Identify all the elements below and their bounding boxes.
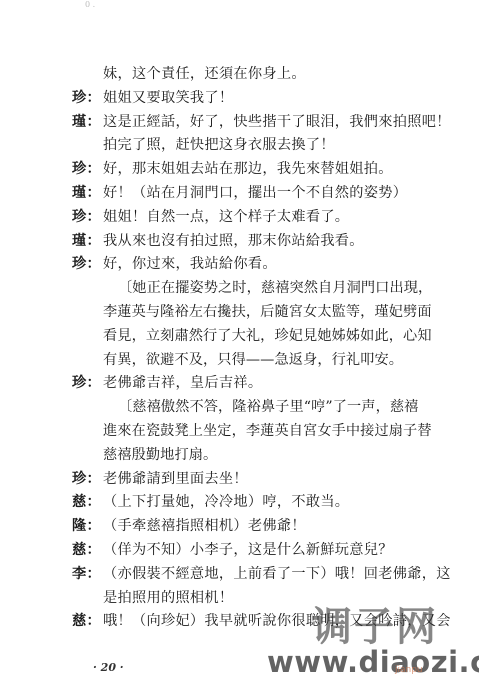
stage-direction-line: 看見，立刻肅然行了大礼，珍妃見她姊姊如此，心知	[72, 325, 462, 349]
speaker-label: 珍：	[72, 206, 103, 230]
line-text: 我从來也沒有拍过照，那末你站給我看。	[103, 230, 462, 254]
line-text: 好，你过來，我站給你看。	[103, 253, 462, 277]
line-text: 拍完了照，赶快把这身衣服去換了！	[72, 134, 462, 158]
speaker-label: 隆：	[72, 515, 103, 539]
speaker-label: 珍：	[72, 158, 103, 182]
dialogue-line: 珍：好，那末姐姐去站在那边，我先來替姐姐拍。	[72, 158, 462, 182]
line-text: （手牽慈禧指照相机）老佛爺！	[103, 515, 462, 539]
stage-direction-line: 慈禧殷勤地打扇。	[72, 444, 462, 468]
speaker-label: 瑾：	[72, 182, 103, 206]
dialogue-line: 瑾：我从來也沒有拍过照，那末你站給我看。	[72, 230, 462, 254]
play-script-text: 妹，这个責任，还須在你身上。珍：姐姐又要取笑我了！瑾：这是正經話，好了，快些揩干…	[72, 63, 462, 634]
line-text: 老佛爺請到里面去坐！	[103, 468, 462, 492]
dialogue-line: 瑾：好！（站在月洞門口，擺出一个不自然的姿势）	[72, 182, 462, 206]
line-text: 〔她正在擺姿势之时，慈禧突然自月洞門口出現，	[72, 277, 462, 301]
stage-direction-line: 〔她正在擺姿势之时，慈禧突然自月洞門口出現，	[72, 277, 462, 301]
line-text: 〔慈禧傲然不答，隆裕鼻子里“哼”了一声，慈禧	[72, 396, 462, 420]
line-text: 進來在瓷鼓凳上坐定，李蓮英自宮女手中接过扇子替	[72, 420, 462, 444]
speaker-label: 珍：	[72, 468, 103, 492]
line-text: 姐姐又要取笑我了！	[103, 87, 462, 111]
stage-direction-line: 〔慈禧傲然不答，隆裕鼻子里“哼”了一声，慈禧	[72, 396, 462, 420]
line-text: （上下打量她，冷冷地）哼，不敢当。	[103, 491, 462, 515]
dialogue-line: 慈：（佯为不知）小李子，这是什么新鮮玩意兒？	[72, 539, 462, 563]
line-text: 好！（站在月洞門口，擺出一个不自然的姿势）	[103, 182, 462, 206]
dialogue-line: 珍：好，你过來，我站給你看。	[72, 253, 462, 277]
line-text: 慈禧殷勤地打扇。	[72, 444, 462, 468]
speaker-label: 慈：	[72, 491, 103, 515]
speaker-label: 瑾：	[72, 111, 103, 135]
dialogue-line: 珍：老佛爺請到里面去坐！	[72, 468, 462, 492]
watermark-sub: jianpu	[395, 665, 423, 675]
line-text: 老佛爺吉祥，皇后吉祥。	[103, 372, 462, 396]
dialogue-line: 慈：（上下打量她，冷冷地）哼，不敢当。	[72, 491, 462, 515]
dialogue-line: 珍：老佛爺吉祥，皇后吉祥。	[72, 372, 462, 396]
page-number: · 20 ·	[93, 661, 124, 674]
speaker-label: 珍：	[72, 372, 103, 396]
speaker-label: 慈：	[72, 610, 103, 634]
speaker-label: 珍：	[72, 253, 103, 277]
line-text: 好，那末姐姐去站在那边，我先來替姐姐拍。	[103, 158, 462, 182]
speaker-label: 李：	[72, 563, 103, 587]
book-page: 0 . 妹，这个責任，还須在你身上。珍：姐姐又要取笑我了！瑾：这是正經話，好了，…	[0, 0, 479, 690]
stage-direction-line: 李蓮英与隆裕左右攙扶，后隨宮女太監等，瑾妃劈面	[72, 301, 462, 325]
speaker-label: 瑾：	[72, 230, 103, 254]
dialogue-line: 李：（亦假裝不經意地，上前看了一下）哦！回老佛爺，这	[72, 563, 462, 587]
dialogue-line: 隆：（手牽慈禧指照相机）老佛爺！	[72, 515, 462, 539]
line-text: （亦假裝不經意地，上前看了一下）哦！回老佛爺，这	[103, 563, 462, 587]
dialogue-line: 珍：姐姐又要取笑我了！	[72, 87, 462, 111]
speaker-label: 慈：	[72, 539, 103, 563]
line-text: 姐姐！自然一点，这个样子太难看了。	[103, 206, 462, 230]
line-text: 看見，立刻肅然行了大礼，珍妃見她姊姊如此，心知	[72, 325, 462, 349]
continuation-line: 拍完了照，赶快把这身衣服去換了！	[72, 134, 462, 158]
stage-direction-line: 進來在瓷鼓凳上坐定，李蓮英自宮女手中接过扇子替	[72, 420, 462, 444]
line-text: 有異，欲避不及，只得——急返身，行礼叩安。	[72, 349, 462, 373]
corner-mark: 0 .	[85, 0, 95, 9]
watermark-site-name: 调子网	[312, 607, 438, 647]
line-text: 李蓮英与隆裕左右攙扶，后隨宮女太監等，瑾妃劈面	[72, 301, 462, 325]
dialogue-line: 珍：姐姐！自然一点，这个样子太难看了。	[72, 206, 462, 230]
line-text: 妹，这个責任，还須在你身上。	[72, 63, 462, 87]
speaker-label: 珍：	[72, 87, 103, 111]
watermark-url: www.diaozi.com	[267, 645, 479, 679]
stage-direction-line: 有異，欲避不及，只得——急返身，行礼叩安。	[72, 349, 462, 373]
continuation-line: 妹，这个責任，还須在你身上。	[72, 63, 462, 87]
dialogue-line: 瑾：这是正經話，好了，快些揩干了眼泪，我們來拍照吧！	[72, 111, 462, 135]
line-text: （佯为不知）小李子，这是什么新鮮玩意兒？	[103, 539, 462, 563]
line-text: 这是正經話，好了，快些揩干了眼泪，我們來拍照吧！	[103, 111, 462, 135]
